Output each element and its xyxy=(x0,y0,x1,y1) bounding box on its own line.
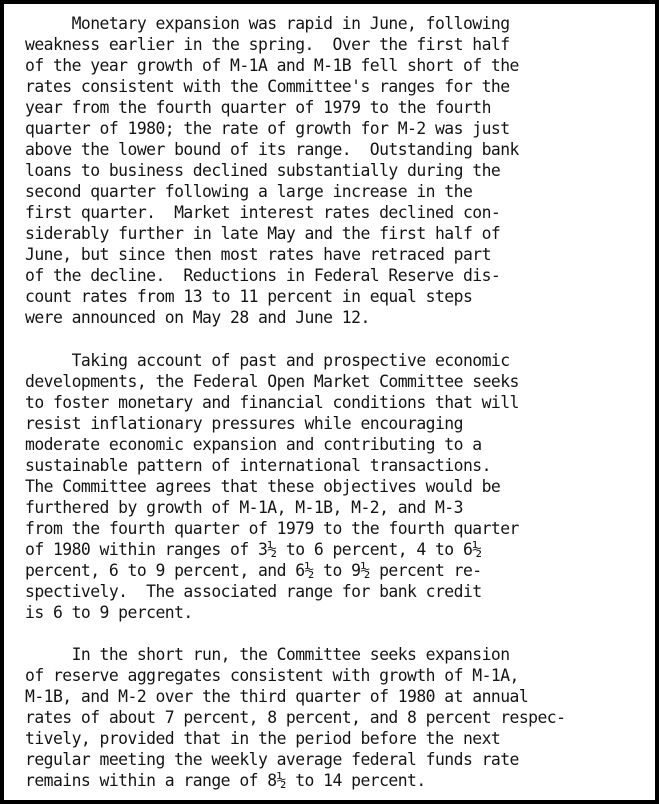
text-line: June, but since then most rates have ret… xyxy=(25,244,655,265)
text-line: rates of about 7 percent, 8 percent, and… xyxy=(25,707,655,728)
text-line: Taking account of past and prospective e… xyxy=(25,350,655,371)
text-line: of reserve aggregates consistent with gr… xyxy=(25,665,655,686)
text-line: tively, provided that in the period befo… xyxy=(25,728,655,749)
text-line: resist inflationary pressures while enco… xyxy=(25,413,655,434)
text-line: of the year growth of M-1A and M-1B fell… xyxy=(25,55,655,76)
text-line: percent, 6 to 9 percent, and 6½ to 9½ pe… xyxy=(25,560,655,581)
paragraph-short-run-operating-instructions: In the short run, the Committee seeks ex… xyxy=(25,644,655,791)
text-line: spectively. The associated range for ban… xyxy=(25,581,655,602)
paragraph-spacer xyxy=(25,328,655,350)
text-line: of 1980 within ranges of 3½ to 6 percent… xyxy=(25,539,655,560)
text-line: sustainable pattern of international tra… xyxy=(25,455,655,476)
text-line: count rates from 13 to 11 percent in equ… xyxy=(25,286,655,307)
text-line: rates consistent with the Committee's ra… xyxy=(25,76,655,97)
document-page: Monetary expansion was rapid in June, fo… xyxy=(0,0,659,804)
text-line: above the lower bound of its range. Outs… xyxy=(25,139,655,160)
text-line: loans to business declined substantially… xyxy=(25,160,655,181)
text-line: siderably further in late May and the fi… xyxy=(25,223,655,244)
text-line: regular meeting the weekly average feder… xyxy=(25,749,655,770)
text-line: Monetary expansion was rapid in June, fo… xyxy=(25,13,655,34)
text-line: developments, the Federal Open Market Co… xyxy=(25,371,655,392)
text-line: The Committee agrees that these objectiv… xyxy=(25,476,655,497)
text-line: is 6 to 9 percent. xyxy=(25,602,655,623)
text-line: M-1B, and M-2 over the third quarter of … xyxy=(25,686,655,707)
text-line: of the decline. Reductions in Federal Re… xyxy=(25,265,655,286)
text-line: to foster monetary and financial conditi… xyxy=(25,392,655,413)
text-line: furthered by growth of M-1A, M-1B, M-2, … xyxy=(25,497,655,518)
text-line: first quarter. Market interest rates dec… xyxy=(25,202,655,223)
text-line: weakness earlier in the spring. Over the… xyxy=(25,34,655,55)
text-line: from the fourth quarter of 1979 to the f… xyxy=(25,518,655,539)
paragraph-recent-developments: Monetary expansion was rapid in June, fo… xyxy=(25,13,655,328)
paragraph-spacer xyxy=(25,623,655,644)
paragraph-longer-run-objectives: Taking account of past and prospective e… xyxy=(25,350,655,623)
text-line: moderate economic expansion and contribu… xyxy=(25,434,655,455)
text-line: In the short run, the Committee seeks ex… xyxy=(25,644,655,665)
text-line: were announced on May 28 and June 12. xyxy=(25,307,655,328)
text-line: remains within a range of 8½ to 14 perce… xyxy=(25,770,655,791)
text-line: second quarter following a large increas… xyxy=(25,181,655,202)
text-line: year from the fourth quarter of 1979 to … xyxy=(25,97,655,118)
text-line: quarter of 1980; the rate of growth for … xyxy=(25,118,655,139)
